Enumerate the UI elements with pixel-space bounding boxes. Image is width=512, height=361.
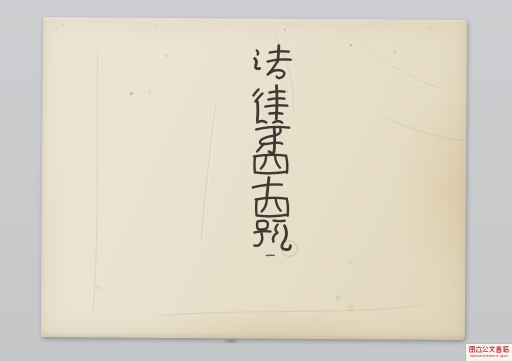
char-ritsu <box>253 85 287 120</box>
calligraphy-title: 法律第四十四號 <box>243 41 305 266</box>
char-juu <box>253 177 282 197</box>
archives-english-label: National Archives of Japan <box>470 354 508 358</box>
scan-backdrop: 法律第四十四號 <box>0 0 512 361</box>
char-hou <box>255 45 291 78</box>
glyph-koku <box>470 347 475 353</box>
char-yon-1 <box>254 155 287 174</box>
document-page: 法律第四十四號 <box>41 17 467 340</box>
glyph-bun <box>490 346 495 352</box>
glyph-sho <box>497 346 502 352</box>
char-dai <box>256 121 289 153</box>
glyph-kou <box>483 347 488 352</box>
archives-kanji-glyphs <box>469 346 509 353</box>
archives-watermark: 国立公文書館 National Archives of Japan <box>466 344 512 361</box>
glyph-ritsu <box>476 346 481 352</box>
paper-edge-shadow <box>222 338 240 344</box>
glyph-kan <box>503 346 508 352</box>
char-gou <box>254 220 290 249</box>
char-yon-2 <box>256 198 288 217</box>
